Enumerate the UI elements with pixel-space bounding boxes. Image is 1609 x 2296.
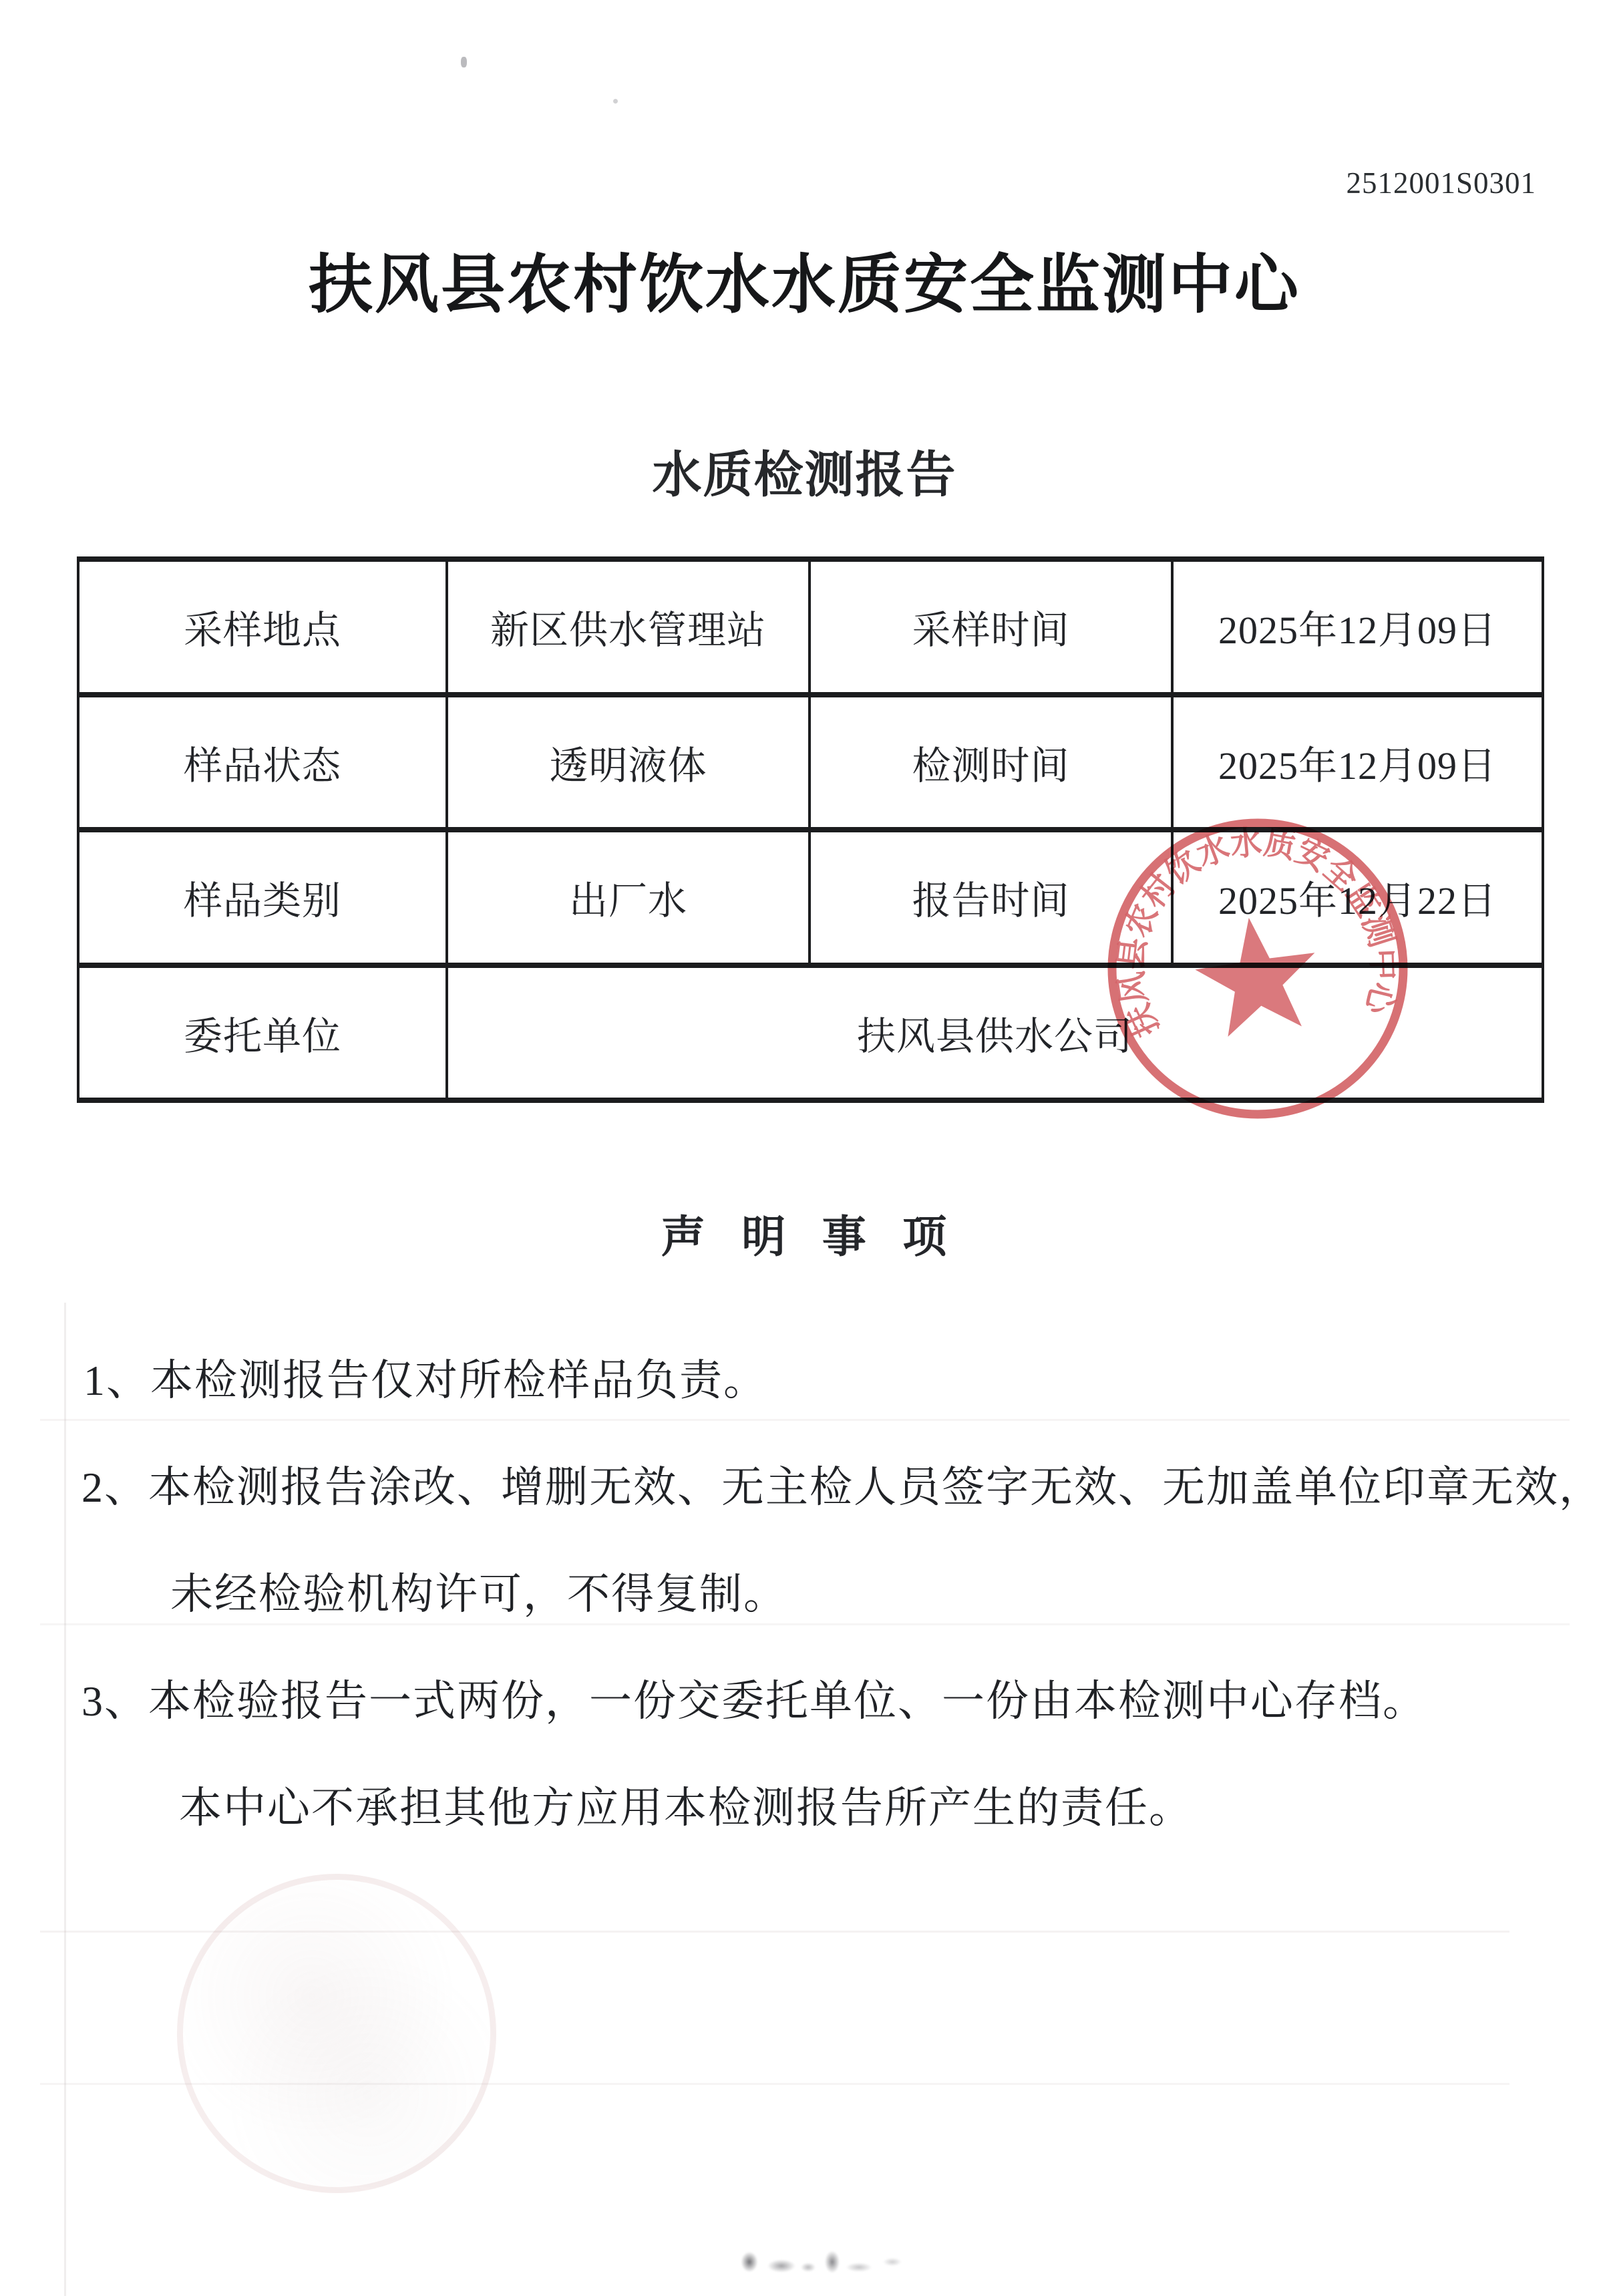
cell-label-client-unit: 委托单位 (78, 965, 447, 1101)
scan-artifact-line (64, 1303, 66, 2296)
cell-label-report-time: 报告时间 (810, 830, 1172, 965)
statement-item-3: 3、本检验报告一式两份，一份交委托单位、一份由本检测中心存档。 (81, 1667, 1427, 1728)
scan-speck (461, 57, 467, 67)
organization-title: 扶风县农村饮水水质安全监测中心 (0, 234, 1609, 325)
cell-value-sampling-time: 2025年12月09日 (1172, 559, 1543, 695)
table-row: 委托单位 扶风县供水公司 (78, 965, 1543, 1101)
statement-item-2-continued: 未经检验机构许可，不得复制。 (170, 1560, 787, 1621)
cell-value-report-time: 2025年12月22日 (1172, 830, 1543, 965)
scan-speck (613, 99, 618, 104)
statement-item-1: 1、本检测报告仅对所检样品负责。 (83, 1346, 767, 1408)
cell-label-sample-state: 样品状态 (78, 695, 447, 830)
cell-value-client-unit: 扶风县供水公司 (447, 965, 1543, 1101)
ghost-stamp-bleedthrough (177, 1874, 496, 2193)
sample-info-table: 采样地点 新区供水管理站 采样时间 2025年12月09日 样品状态 透明液体 … (77, 556, 1544, 1103)
statement-item-3-continued: 本中心不承担其他方应用本检测报告所产生的责任。 (179, 1774, 1193, 1835)
scan-artifact-line (40, 1623, 1570, 1625)
cell-label-test-time: 检测时间 (810, 695, 1172, 830)
cell-label-sampling-location: 采样地点 (78, 559, 447, 695)
table-row: 样品类别 出厂水 报告时间 2025年12月22日 (78, 830, 1543, 965)
statement-heading: 声 明 事 项 (0, 1201, 1609, 1265)
cell-value-sample-category: 出厂水 (447, 830, 810, 965)
document-number: 2512001S0301 (1196, 166, 1536, 200)
statement-item-2: 2、本检测报告涂改、增删无效、无主检人员签字无效、无加盖单位印章无效， (81, 1453, 1603, 1514)
report-title: 水质检测报告 (0, 436, 1609, 506)
table-row: 样品状态 透明液体 检测时间 2025年12月09日 (78, 695, 1543, 830)
cell-label-sampling-time: 采样时间 (810, 559, 1172, 695)
table-row: 采样地点 新区供水管理站 采样时间 2025年12月09日 (78, 559, 1543, 695)
cell-value-test-time: 2025年12月09日 (1172, 695, 1543, 830)
scan-artifact-line (40, 1419, 1570, 1421)
cell-value-sampling-location: 新区供水管理站 (447, 559, 810, 695)
report-page: 2512001S0301 扶风县农村饮水水质安全监测中心 水质检测报告 采样地点… (0, 0, 1609, 2296)
scan-smudge (740, 2242, 907, 2277)
cell-label-sample-category: 样品类别 (78, 830, 447, 965)
cell-value-sample-state: 透明液体 (447, 695, 810, 830)
